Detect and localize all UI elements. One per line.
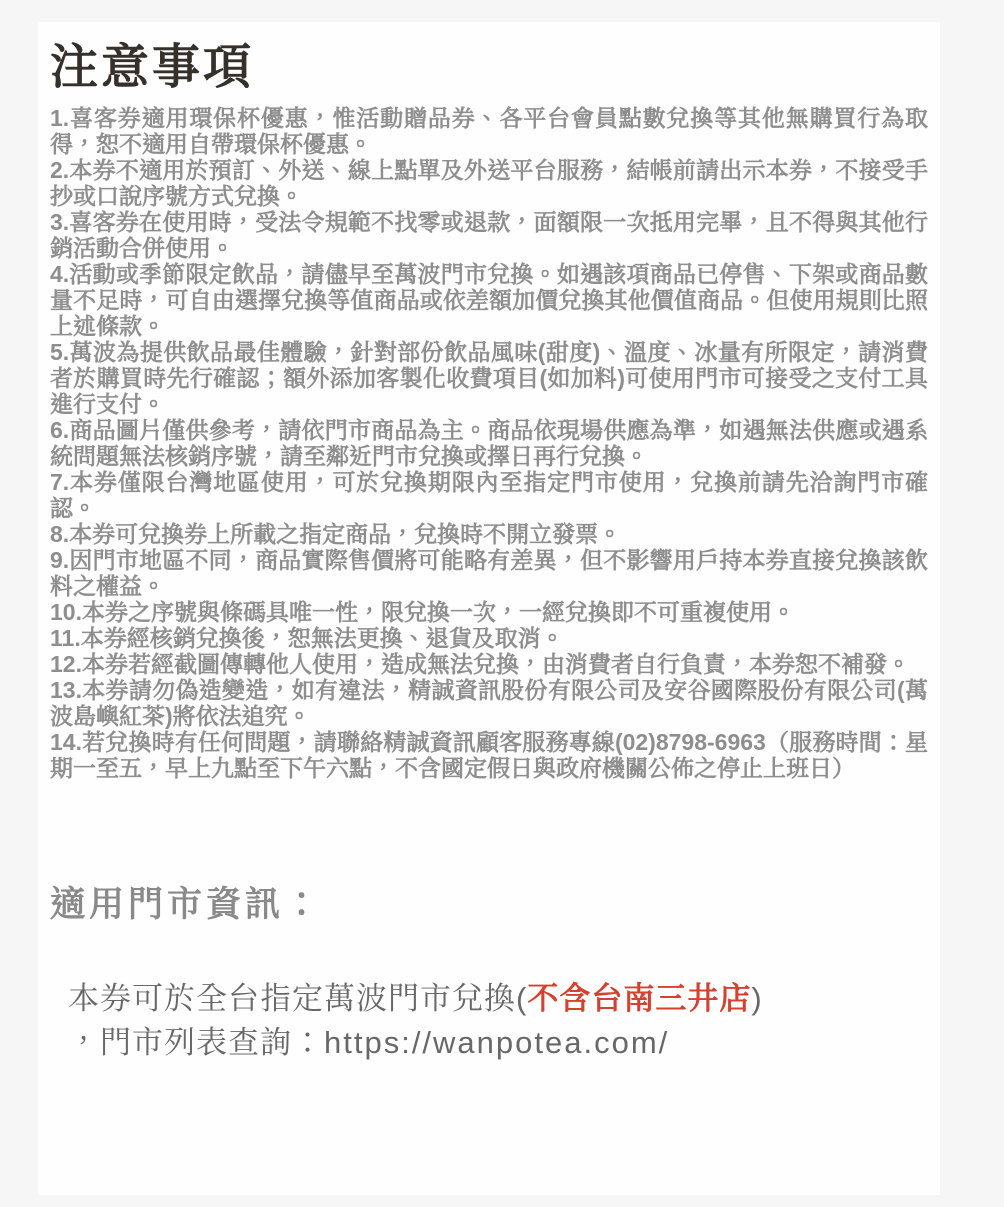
notice-item: 8.本券可兌換券上所載之指定商品，兌換時不開立發票。	[50, 521, 928, 547]
notice-list: 1.喜客券適用環保杯優惠，惟活動贈品券、各平台會員點數兌換等其他無購買行為取得，…	[50, 105, 928, 781]
page: 注意事項 1.喜客券適用環保杯優惠，惟活動贈品券、各平台會員點數兌換等其他無購買…	[0, 0, 1004, 1207]
notice-item: 7.本券僅限台灣地區使用，可於兌換期限內至指定門市使用，兌換前請先洽詢門市確認。	[50, 469, 928, 521]
notice-item: 14.若兌換時有任何問題，請聯絡精誠資訊顧客服務專線(02)8798-6963（…	[50, 729, 928, 781]
notice-item: 2.本券不適用於預訂、外送、線上點單及外送平台服務，結帳前請出示本券，不接受手抄…	[50, 157, 928, 209]
notice-item: 10.本券之序號與條碼具唯一性，限兌換一次，一經兌換即不可重複使用。	[50, 599, 928, 625]
notice-card: 注意事項 1.喜客券適用環保杯優惠，惟活動贈品券、各平台會員點數兌換等其他無購買…	[38, 22, 940, 1195]
store-info-heading: 適用門市資訊：	[50, 877, 926, 927]
store-info-line1: 本券可於全台指定萬波門市兌換(不含台南三井店)	[68, 977, 926, 1021]
store-info-line2: ，門市列表查詢：https://wanpotea.com/	[68, 1021, 926, 1065]
notice-item: 11.本券經核銷兌換後，恕無法更換、退貨及取消。	[50, 625, 928, 651]
notice-item: 4.活動或季節限定飲品，請儘早至萬波門市兌換。如遇該項商品已停售、下架或商品數量…	[50, 261, 928, 339]
notice-item: 1.喜客券適用環保杯優惠，惟活動贈品券、各平台會員點數兌換等其他無購買行為取得，…	[50, 105, 928, 157]
store-info-line2-prefix: ，門市列表查詢：	[68, 1025, 324, 1060]
notice-item: 3.喜客券在使用時，受法令規範不找零或退款，面額限一次抵用完畢，且不得與其他行銷…	[50, 209, 928, 261]
notice-item: 12.本券若經截圖傳轉他人使用，造成無法兌換，由消費者自行負責，本券恕不補發。	[50, 651, 928, 677]
store-info-text: 本券可於全台指定萬波門市兌換(不含台南三井店) ，門市列表查詢：https://…	[68, 977, 926, 1065]
store-info-exclusion: 不含台南三井店	[527, 981, 751, 1016]
store-info-line1-prefix: 本券可於全台指定萬波門市兌換(	[68, 981, 527, 1016]
notice-item: 9.因門市地區不同，商品實際售價將可能略有差異，但不影響用戶持本券直接兌換該飲料…	[50, 547, 928, 599]
notice-item: 5.萬波為提供飲品最佳體驗，針對部份飲品風味(甜度)、溫度、冰量有所限定，請消費…	[50, 339, 928, 417]
notice-item: 13.本券請勿偽造變造，如有違法，精誠資訊股份有限公司及安谷國際股份有限公司(萬…	[50, 677, 928, 729]
notice-title: 注意事項	[50, 42, 926, 95]
notice-item: 6.商品圖片僅供參考，請依門市商品為主。商品依現場供應為準，如遇無法供應或遇系統…	[50, 417, 928, 469]
store-url: https://wanpotea.com/	[324, 1025, 669, 1060]
store-info-line1-suffix: )	[751, 981, 762, 1016]
